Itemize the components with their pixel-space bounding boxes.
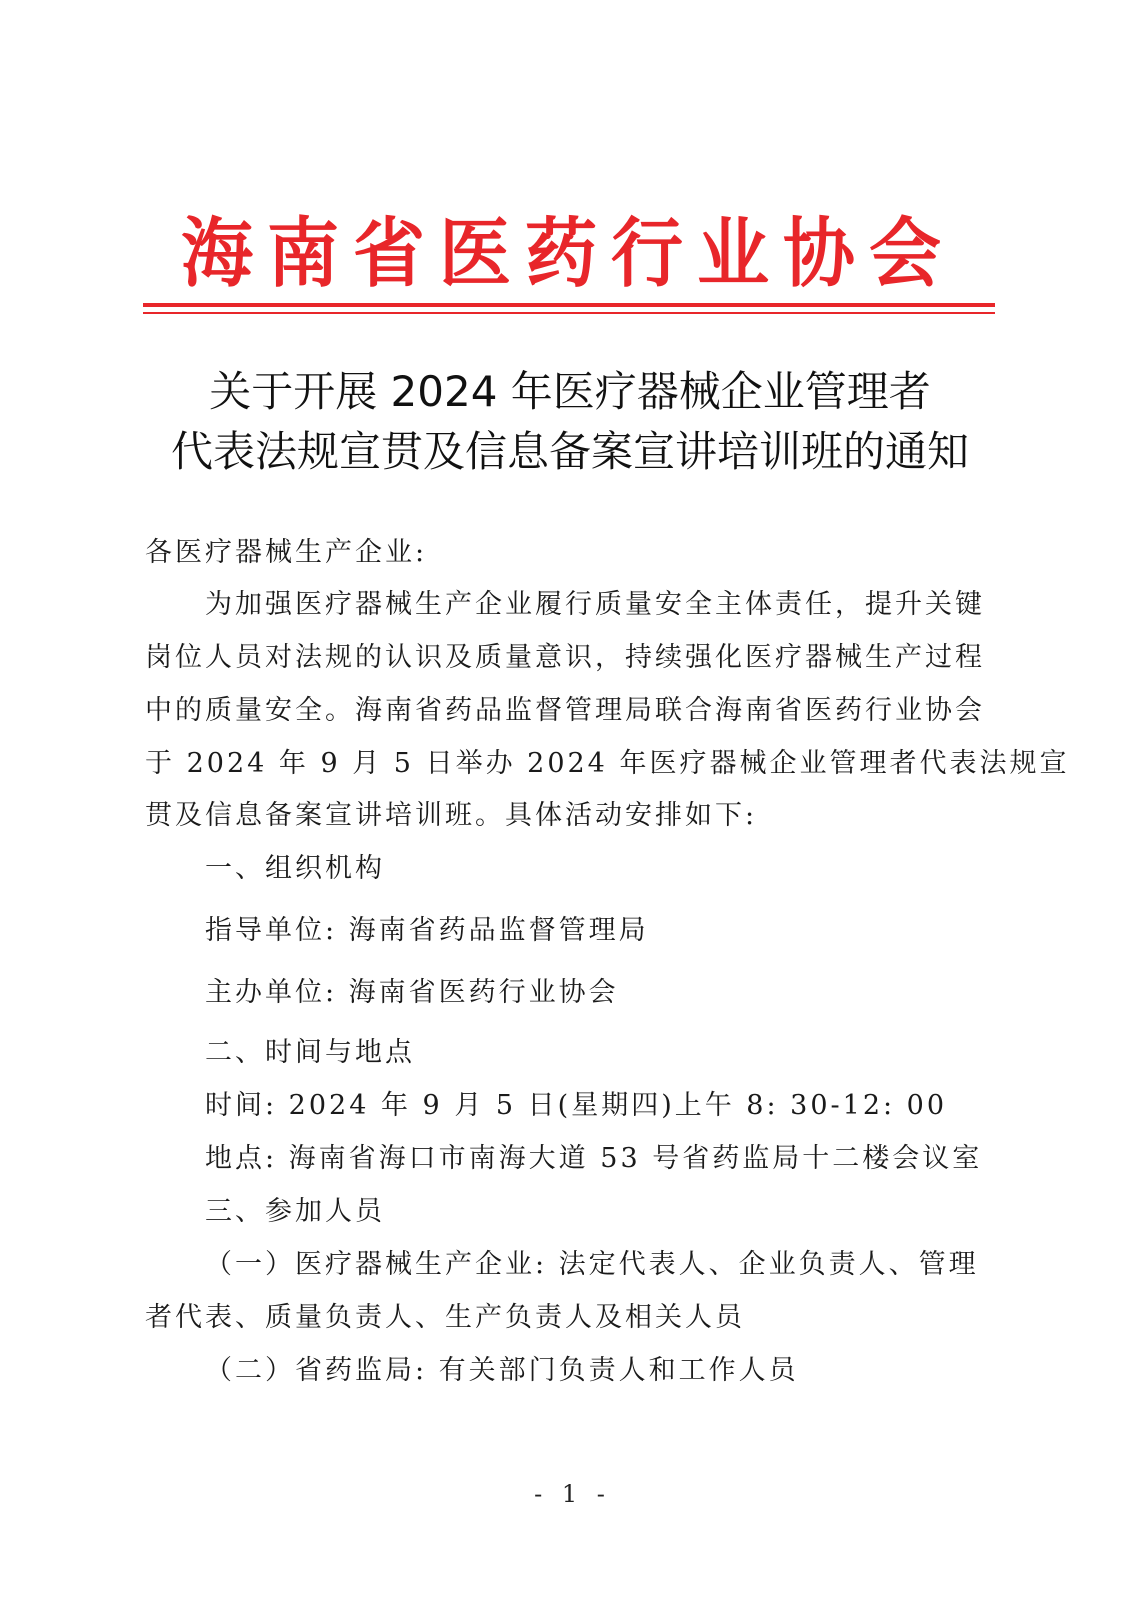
document-title-line-1: 关于开展 2024 年医疗器械企业管理者: [130, 362, 1010, 422]
host-unit: 主办单位: 海南省医药行业协会: [205, 970, 619, 1009]
letterhead-rule-thin: [143, 312, 995, 314]
organization-letterhead: 海南省医药行业协会: [140, 206, 996, 301]
guiding-unit: 指导单位: 海南省药品监督管理局: [205, 908, 649, 947]
document-title: 关于开展 2024 年医疗器械企业管理者 代表法规宣贯及信息备案宣讲培训班的通知: [130, 362, 1010, 482]
section-heading-time-place: 二、时间与地点: [205, 1030, 415, 1069]
section-heading-organization: 一、组织机构: [205, 846, 385, 885]
intro-paragraph-line: 中的质量安全。海南省药品监督管理局联合海南省医药行业协会: [145, 688, 985, 727]
intro-paragraph-line: 于 2024 年 9 月 5 日举办 2024 年医疗器械企业管理者代表法规宣: [145, 741, 1069, 780]
participants-item: （一）医疗器械生产企业: 法定代表人、企业负责人、管理: [205, 1242, 979, 1281]
event-location: 地点: 海南省海口市南海大道 53 号省药监局十二楼会议室: [205, 1136, 982, 1175]
participants-item: （二）省药监局: 有关部门负责人和工作人员: [205, 1348, 799, 1387]
intro-paragraph-line: 岗位人员对法规的认识及质量意识，持续强化医疗器械生产过程: [145, 635, 985, 674]
letterhead-rule-thick: [143, 303, 995, 307]
intro-paragraph-line: 贯及信息备案宣讲培训班。具体活动安排如下:: [145, 793, 757, 832]
document-page: 海南省医药行业协会 关于开展 2024 年医疗器械企业管理者 代表法规宣贯及信息…: [0, 0, 1145, 1600]
page-number: - 1 -: [0, 1480, 1145, 1508]
document-title-line-2: 代表法规宣贯及信息备案宣讲培训班的通知: [130, 422, 1010, 482]
intro-paragraph-line: 为加强医疗器械生产企业履行质量安全主体责任，提升关键: [205, 582, 985, 621]
salutation: 各医疗器械生产企业:: [145, 530, 427, 569]
section-heading-participants: 三、参加人员: [205, 1189, 385, 1228]
event-time: 时间: 2024 年 9 月 5 日(星期四)上午 8: 30-12: 00: [205, 1083, 947, 1122]
participants-item-continued: 者代表、质量负责人、生产负责人及相关人员: [145, 1295, 745, 1334]
